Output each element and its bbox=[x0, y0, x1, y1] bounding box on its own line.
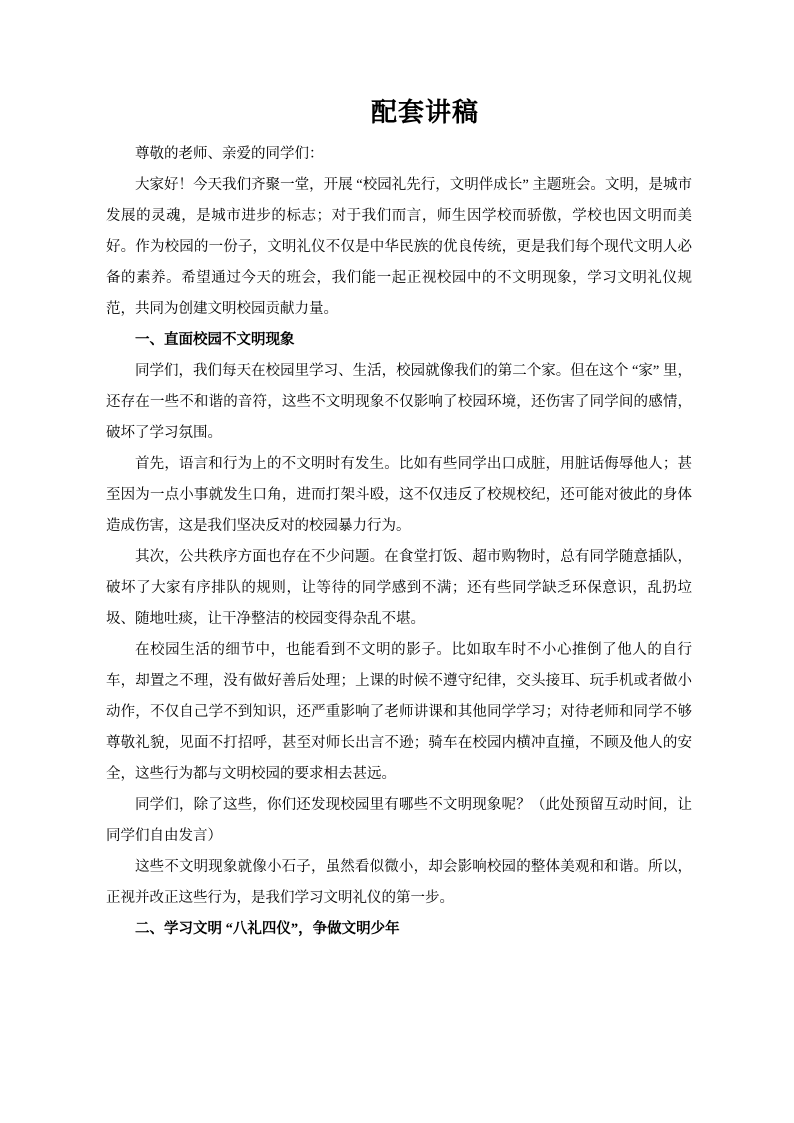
paragraph-interaction-prompt: 同学们，除了这些，你们还发现校园里有哪些不文明现象呢？（此处预留互动时间，让同学… bbox=[106, 790, 692, 852]
paragraph-daily-details: 在校园生活的细节中，也能看到不文明的影子。比如取车时不小心推倒了他人的自行车，却… bbox=[106, 635, 692, 790]
paragraph-public-order: 其次，公共秩序方面也存在不少问题。在食堂打饭、超市购物时，总有同学随意插队，破坏… bbox=[106, 542, 692, 635]
paragraph-language-behavior: 首先，语言和行为上的不文明时有发生。比如有些同学出口成脏，用脏话侮辱他人；甚至因… bbox=[106, 449, 692, 542]
greeting-line: 尊敬的老师、亲爱的同学们： bbox=[106, 139, 692, 170]
document-title: 配套讲稿 bbox=[106, 96, 692, 130]
paragraph-opening: 大家好！今天我们齐聚一堂，开展 “校园礼先行，文明伴成长” 主题班会。文明，是城… bbox=[106, 170, 692, 325]
paragraph-pebbles-summary: 这些不文明现象就像小石子，虽然看似微小，却会影响校园的整体美观和和谐。所以，正视… bbox=[106, 852, 692, 914]
section-heading-2: 二、学习文明 “八礼四仪”，争做文明少年 bbox=[106, 914, 692, 945]
paragraph-second-home: 同学们，我们每天在校园里学习、生活，校园就像我们的第二个家。但在这个 “家” 里… bbox=[106, 356, 692, 449]
document-page: 配套讲稿 尊敬的老师、亲爱的同学们： 大家好！今天我们齐聚一堂，开展 “校园礼先… bbox=[0, 0, 794, 1123]
section-heading-1: 一、直面校园不文明现象 bbox=[106, 325, 692, 356]
